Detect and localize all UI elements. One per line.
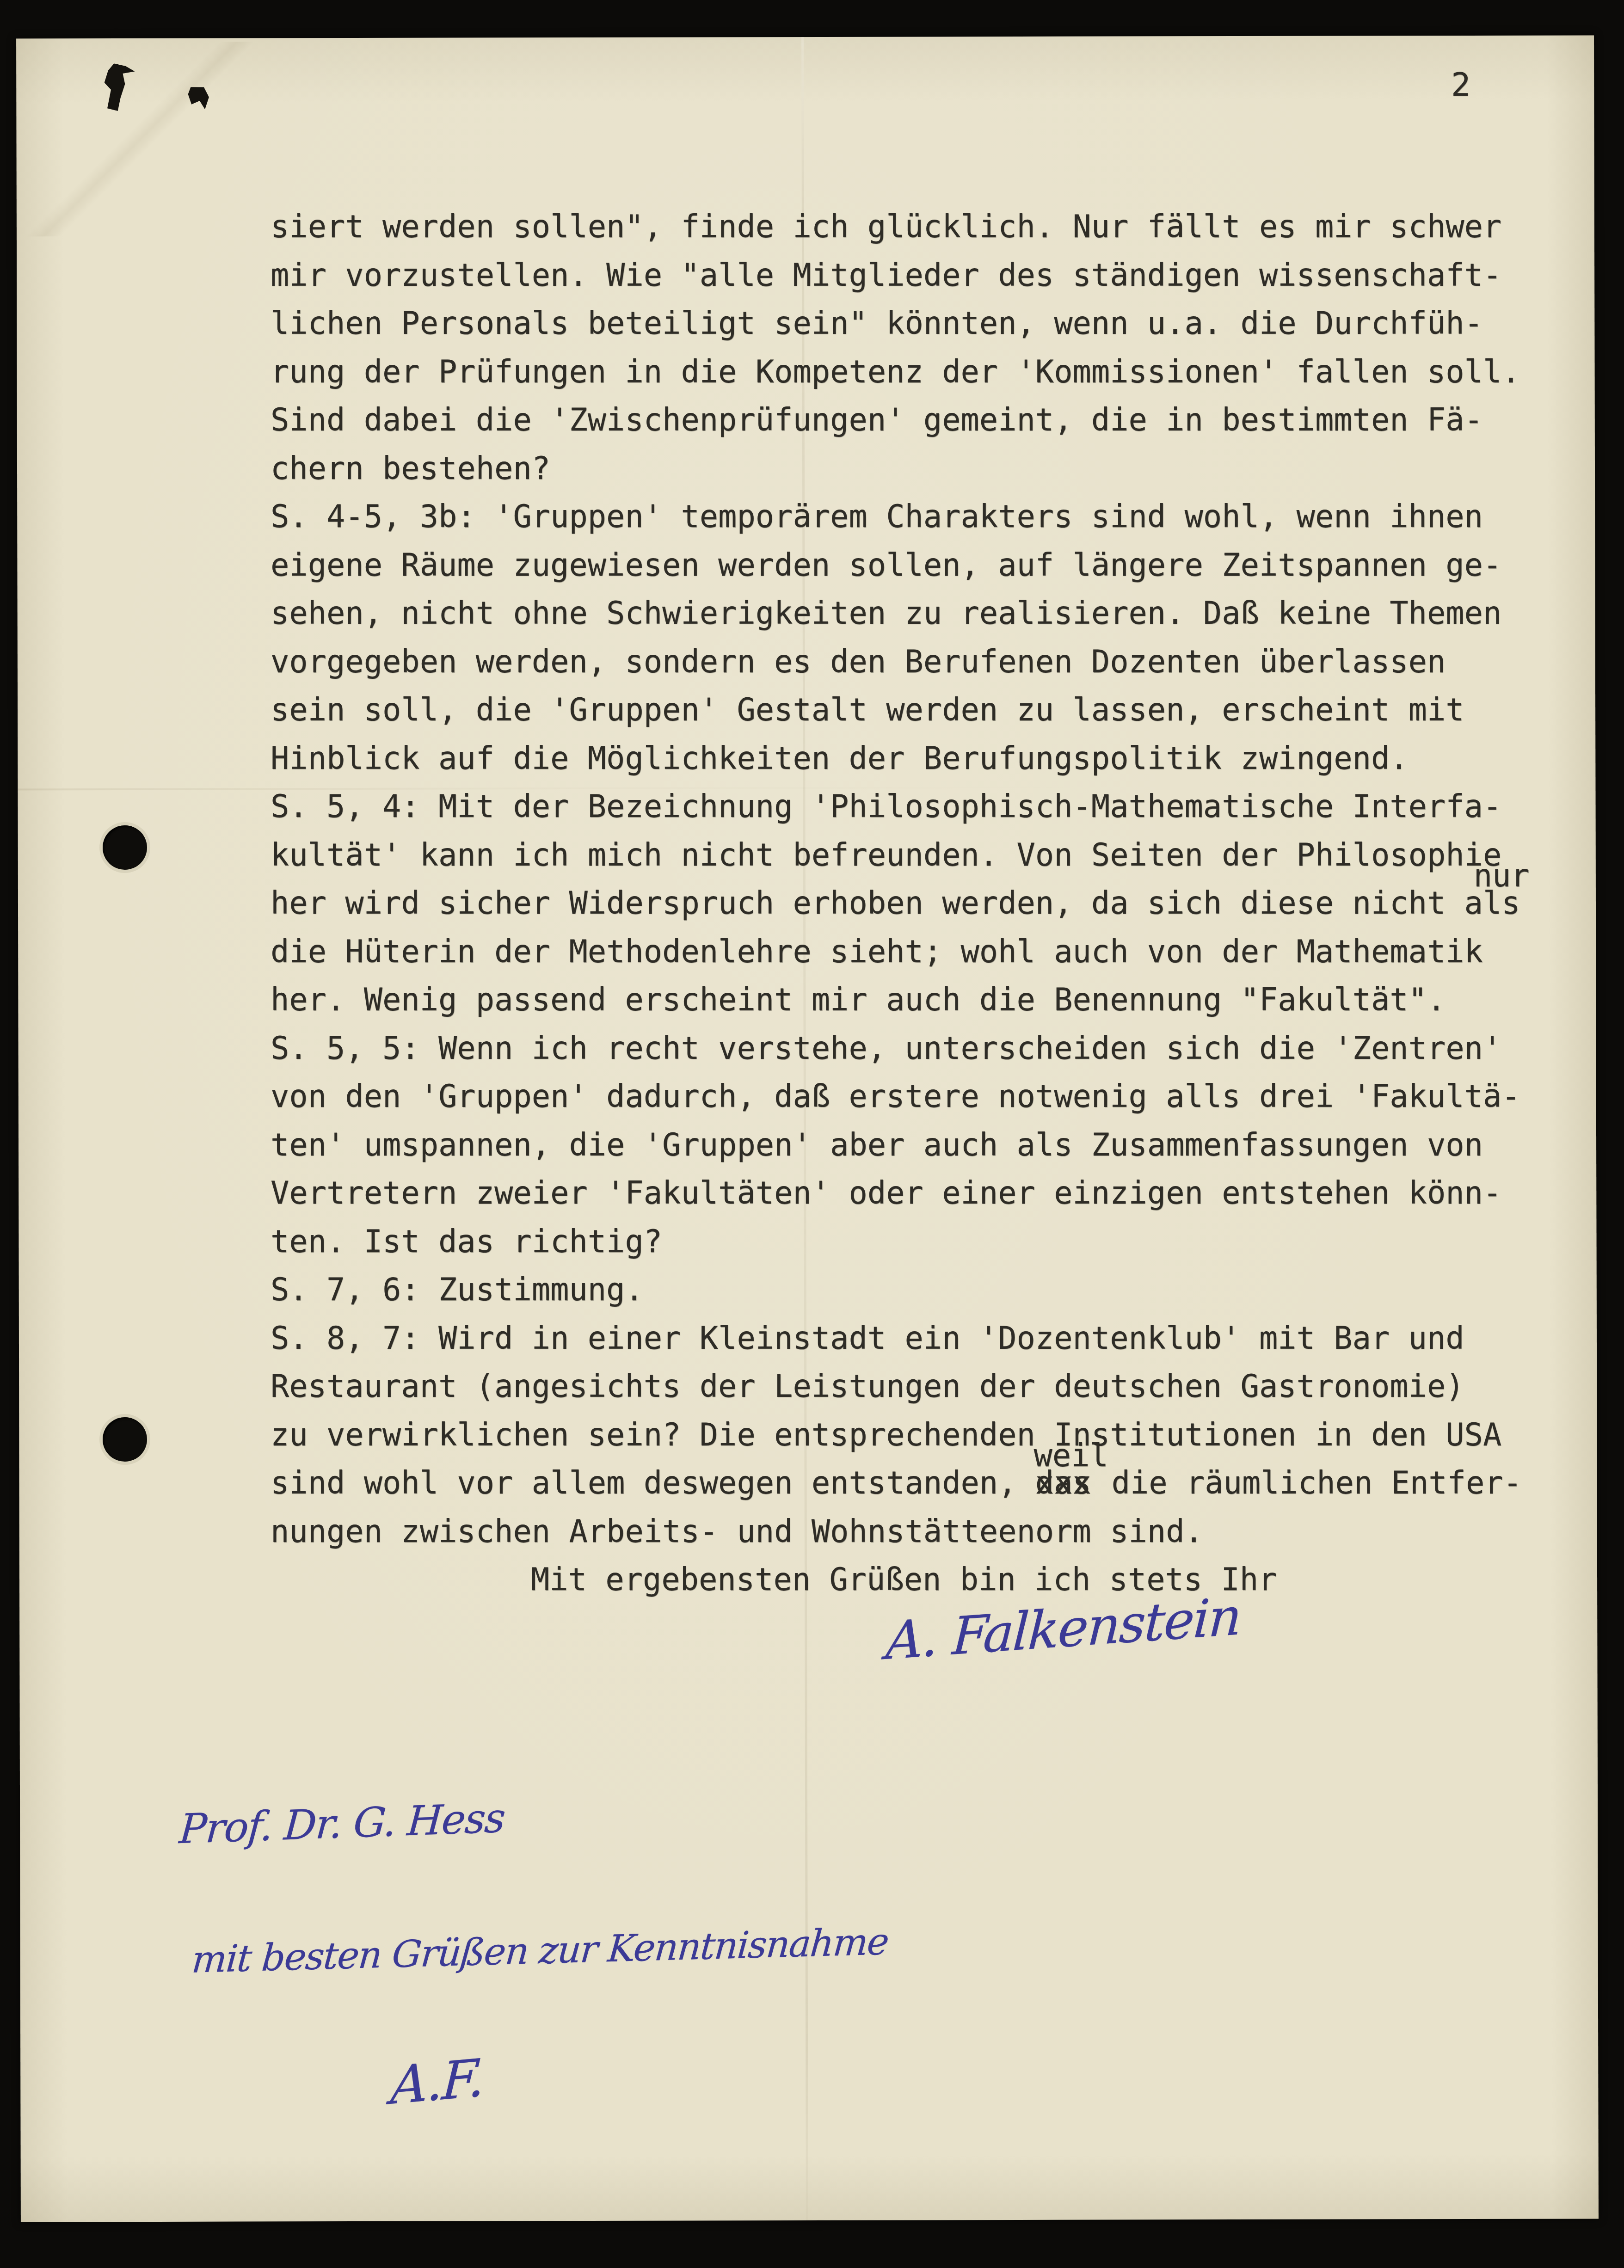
typed-line: siert werden sollen", finde ich glücklic… <box>271 203 1547 251</box>
typed-line: rung der Prüfungen in die Kompetenz der … <box>271 348 1547 396</box>
typed-insertion: nurals <box>1464 879 1520 928</box>
typed-line: zu verwirklichen sein? Die entsprechende… <box>271 1411 1547 1459</box>
typed-line: chern bestehen? <box>271 444 1547 493</box>
typed-line: S. 4-5, 3b: 'Gruppen' temporärem Charakt… <box>271 492 1547 541</box>
typed-line: S. 5, 4: Mit der Bezeichnung 'Philosophi… <box>271 782 1547 831</box>
typed-line: S. 5, 5: Wenn ich recht verstehe, unters… <box>271 1024 1547 1073</box>
typed-line: eigene Räume zugewiesen werden sollen, a… <box>271 541 1547 590</box>
typed-text: her wird sicher Widerspruch erhoben werd… <box>271 885 1464 921</box>
overtype-xxx: xxx <box>1035 1459 1091 1507</box>
closing-line: Mit ergebensten Grüßen bin ich stets Ihr <box>271 1555 1547 1604</box>
typed-line: Vertretern zweier 'Fakultäten' oder eine… <box>271 1169 1547 1217</box>
typed-line: nungen zwischen Arbeits- und Wohnstättee… <box>271 1507 1547 1556</box>
typed-line: kultät' kann ich mich nicht befreunden. … <box>271 831 1547 879</box>
typed-line: die Hüterin der Methodenlehre sieht; woh… <box>271 928 1547 976</box>
hole-punch <box>103 1417 147 1462</box>
scanned-letter-page: { "colors": { "background": "#0c0b09", "… <box>0 0 1624 2268</box>
typed-line: ten' umspannen, die 'Gruppen' aber auch … <box>271 1121 1547 1169</box>
typed-line: vorgegeben werden, sondern es den Berufe… <box>271 638 1547 686</box>
typed-line: S. 7, 6: Zustimmung. <box>271 1266 1547 1314</box>
typed-body: siert werden sollen", finde ich glücklic… <box>271 203 1547 1604</box>
typed-line: her. Wenig passend erscheint mir auch di… <box>271 976 1547 1024</box>
typed-text: die räumlichen Entfer- <box>1093 1465 1522 1501</box>
overtyped-correction: weildasxxx <box>1035 1459 1091 1507</box>
typed-line: mir vorzustellen. Wie "alle Mitglieder d… <box>271 251 1547 300</box>
typed-line: sehen, nicht ohne Schwierigkeiten zu rea… <box>271 589 1547 638</box>
typed-line: ten. Ist das richtig? <box>271 1217 1547 1266</box>
typed-line: Restaurant (angesichts der Leistungen de… <box>271 1362 1547 1411</box>
typed-line-with-insertion: her wird sicher Widerspruch erhoben werd… <box>271 879 1547 928</box>
typed-line: S. 8, 7: Wird in einer Kleinstadt ein 'D… <box>271 1314 1547 1363</box>
typed-line: von den 'Gruppen' dadurch, daß erstere n… <box>271 1072 1547 1121</box>
inserted-word-above: nur <box>1474 860 1530 891</box>
handwritten-initials: A.F. <box>389 2048 485 2117</box>
page-number: 2 <box>1451 68 1470 101</box>
typed-line-with-overtype: sind wohl vor allem deswegen entstanden,… <box>271 1459 1547 1507</box>
typed-line: lichen Personals beteiligt sein" könnten… <box>271 299 1547 348</box>
typed-line: Hinblick auf die Möglichkeiten der Beruf… <box>271 734 1547 783</box>
paper-crease-diagonal <box>20 42 261 236</box>
typed-line: Sind dabei die 'Zwischenprüfungen' gemei… <box>271 396 1547 444</box>
typed-text: sind wohl vor allem deswegen entstanden, <box>271 1465 1035 1501</box>
typed-line: sein soll, die 'Gruppen' Gestalt werden … <box>271 686 1547 734</box>
hole-punch <box>103 825 147 870</box>
